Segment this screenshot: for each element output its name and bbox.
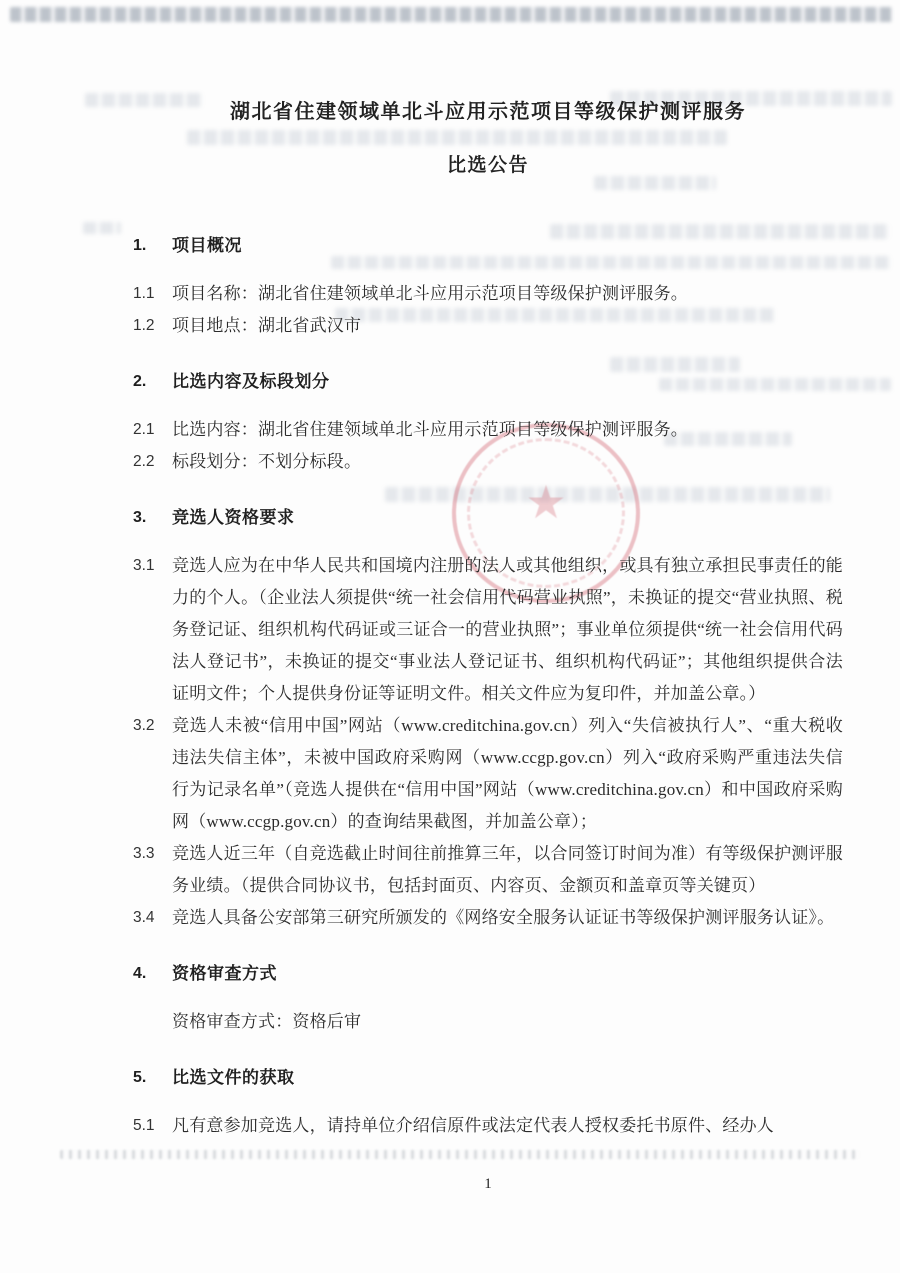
clause-number: 2.2 xyxy=(133,446,172,478)
section-label: 比选内容及标段划分 xyxy=(172,366,330,398)
clause-3-3: 3.3 竞选人近三年（自竞选截止时间往前推算三年，以合同签订时间为准）有等级保护… xyxy=(133,838,843,902)
clause-number: 1.1 xyxy=(133,278,172,310)
clause-4-body: 资格审查方式：资格后审 xyxy=(133,1006,843,1038)
section-heading-2: 2. 比选内容及标段划分 xyxy=(133,366,843,398)
clause-text: 竞选人应为在中华人民共和国境内注册的法人或其他组织，或具有独立承担民事责任的能力… xyxy=(172,550,843,710)
section-heading-3: 3. 竞选人资格要求 xyxy=(133,502,843,534)
clause-number xyxy=(133,1006,172,1038)
section-heading-1: 1. 项目概况 xyxy=(133,230,843,262)
section-number: 5. xyxy=(133,1062,172,1094)
clause-text: 项目名称：湖北省住建领域单北斗应用示范项目等级保护测评服务。 xyxy=(172,278,843,310)
clause-text: 项目地点：湖北省武汉市 xyxy=(172,310,843,342)
section-label: 资格审查方式 xyxy=(172,958,277,990)
clause-number: 2.1 xyxy=(133,414,172,446)
document-title-line2: 比选公告 xyxy=(133,149,843,182)
clause-text: 标段划分：不划分标段。 xyxy=(172,446,843,478)
clause-number: 1.2 xyxy=(133,310,172,342)
clause-number: 3.2 xyxy=(133,710,172,838)
clause-3-4: 3.4 竞选人具备公安部第三研究所颁发的《网络安全服务认证证书等级保护测评服务认… xyxy=(133,902,843,934)
clause-text: 凡有意参加竞选人，请持单位介绍信原件或法定代表人授权委托书原件、经办人 xyxy=(172,1110,843,1142)
section-label: 比选文件的获取 xyxy=(172,1062,295,1094)
clause-1-2: 1.2 项目地点：湖北省武汉市 xyxy=(133,310,843,342)
clause-5-1: 5.1 凡有意参加竞选人，请持单位介绍信原件或法定代表人授权委托书原件、经办人 xyxy=(133,1110,843,1142)
section-number: 1. xyxy=(133,230,172,262)
document-title-line1: 湖北省住建领域单北斗应用示范项目等级保护测评服务 xyxy=(133,96,843,129)
clause-text: 资格审查方式：资格后审 xyxy=(172,1006,843,1038)
section-label: 竞选人资格要求 xyxy=(172,502,295,534)
clause-number: 3.4 xyxy=(133,902,172,934)
clause-text: 竞选人近三年（自竞选截止时间往前推算三年，以合同签订时间为准）有等级保护测评服务… xyxy=(172,838,843,902)
bleed-through-artifact xyxy=(60,1150,860,1159)
section-heading-5: 5. 比选文件的获取 xyxy=(133,1062,843,1094)
section-number: 3. xyxy=(133,502,172,534)
clause-2-1: 2.1 比选内容：湖北省住建领域单北斗应用示范项目等级保护测评服务。 xyxy=(133,414,843,446)
page-number: 1 xyxy=(133,1176,843,1193)
section-number: 2. xyxy=(133,366,172,398)
document-body: 湖北省住建领域单北斗应用示范项目等级保护测评服务 比选公告 1. 项目概况 1.… xyxy=(0,0,900,1142)
section-label: 项目概况 xyxy=(172,230,242,262)
clause-number: 5.1 xyxy=(133,1110,172,1142)
clause-text: 竞选人未被“信用中国”网站（www.creditchina.gov.cn）列入“… xyxy=(172,710,843,838)
clause-text: 比选内容：湖北省住建领域单北斗应用示范项目等级保护测评服务。 xyxy=(172,414,843,446)
section-number: 4. xyxy=(133,958,172,990)
section-heading-4: 4. 资格审查方式 xyxy=(133,958,843,990)
clause-3-2: 3.2 竞选人未被“信用中国”网站（www.creditchina.gov.cn… xyxy=(133,710,843,838)
clause-text: 竞选人具备公安部第三研究所颁发的《网络安全服务认证证书等级保护测评服务认证》。 xyxy=(172,902,843,934)
clause-2-2: 2.2 标段划分：不划分标段。 xyxy=(133,446,843,478)
clause-number: 3.3 xyxy=(133,838,172,902)
clause-3-1: 3.1 竞选人应为在中华人民共和国境内注册的法人或其他组织，或具有独立承担民事责… xyxy=(133,550,843,710)
clause-number: 3.1 xyxy=(133,550,172,710)
clause-1-1: 1.1 项目名称：湖北省住建领域单北斗应用示范项目等级保护测评服务。 xyxy=(133,278,843,310)
scanned-document-page: ★ 湖北省住建领域单北斗应用示范项目等级保护测评服务 比选公告 1. 项目概况 … xyxy=(0,0,900,1273)
